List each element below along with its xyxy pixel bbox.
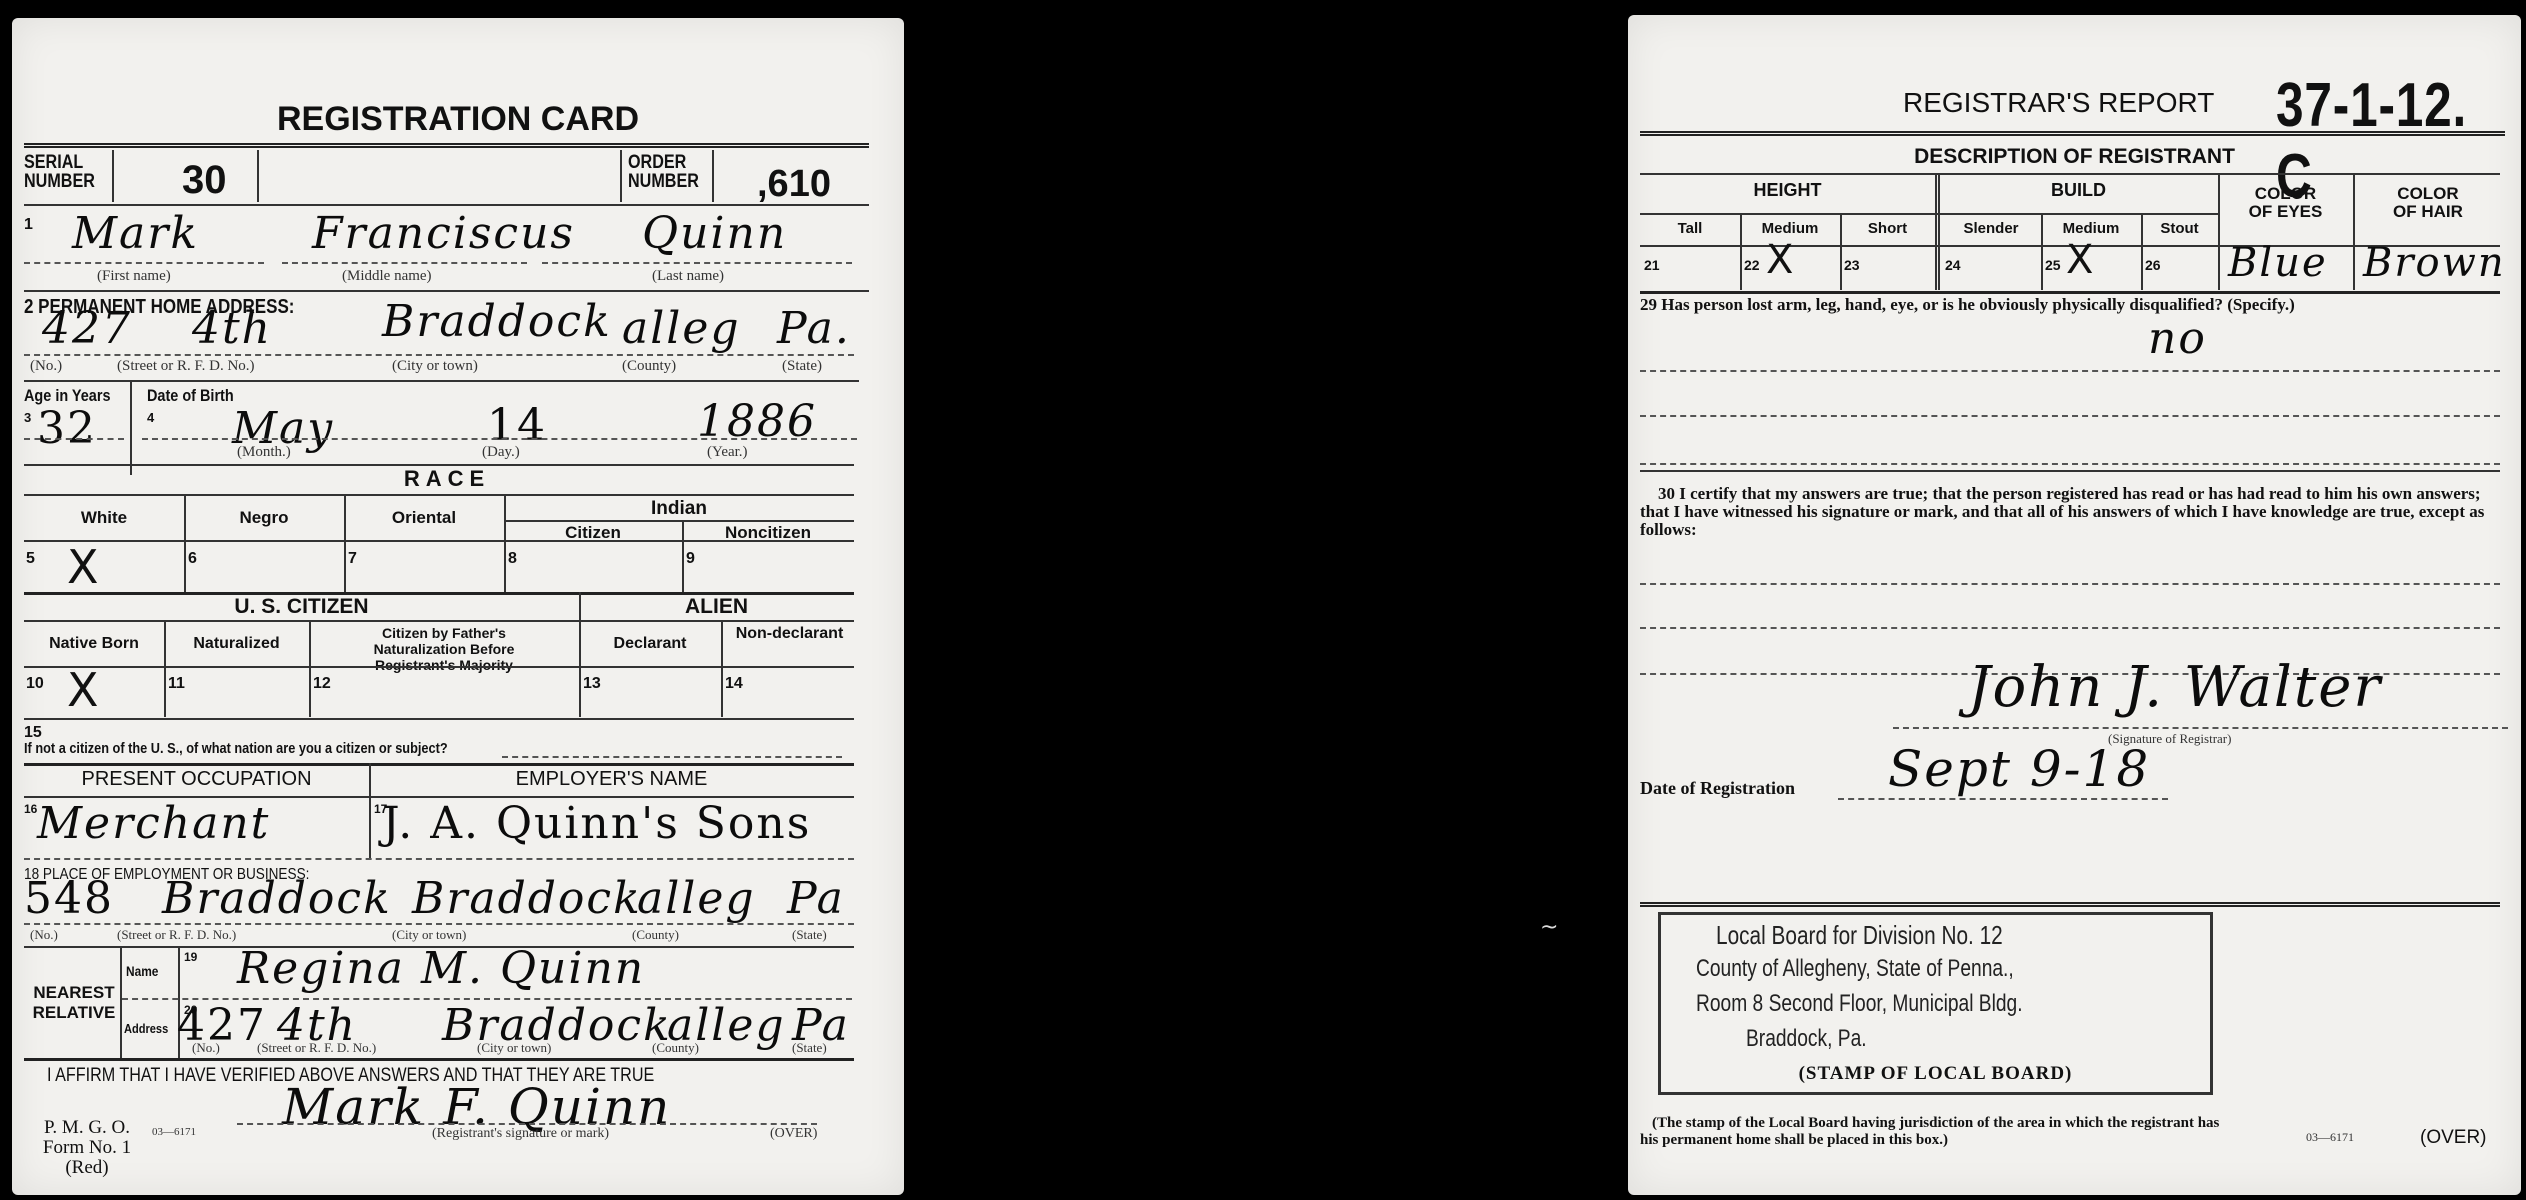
divider — [24, 718, 854, 720]
nearest-relative-label: NEAREST RELATIVE — [24, 983, 124, 1023]
dob-label: Date of Birth — [147, 386, 234, 406]
order-number-label: ORDER NUMBER — [628, 153, 705, 191]
height-col-tall: Tall — [1640, 220, 1740, 237]
eye-color-header: COLOR OF EYES — [2218, 185, 2353, 221]
employer-value: J. A. Quinn's Sons — [382, 798, 811, 849]
relative-no-label: (No.) — [192, 1040, 220, 1056]
q30-text: 30 I certify that my answers are true; t… — [1640, 485, 2510, 539]
place-county-label: (County) — [632, 927, 679, 943]
us-citizen-header: U. S. CITIZEN — [24, 595, 579, 619]
stamp-caption: (STAMP OF LOCAL BOARD) — [1661, 1063, 2210, 1085]
item-number: 16 — [24, 802, 37, 816]
item-number: 23 — [1844, 257, 1860, 273]
stamp-line: Braddock, Pa. — [1746, 1025, 1867, 1053]
underline — [237, 1123, 817, 1125]
height-col-medium: Medium — [1740, 220, 1840, 237]
address-state-label: (State) — [782, 358, 822, 375]
divider — [506, 520, 854, 522]
divider — [721, 620, 723, 717]
item-number: 10 — [26, 675, 44, 693]
item-number: 3 — [24, 410, 31, 425]
race-white-checkmark: X — [67, 540, 99, 594]
address-state: Pa. — [777, 303, 851, 354]
address-county-label: (County) — [622, 358, 676, 375]
divider — [24, 143, 869, 148]
date-of-registration-value: Sept 9-18 — [1888, 740, 2150, 798]
hair-color-value: Brown — [2363, 240, 2506, 286]
address-county: alleg — [622, 303, 741, 354]
underline — [1640, 415, 2500, 417]
form-info: P. M. G. O. Form No. 1 (Red) — [27, 1118, 147, 1178]
occupation-value: Merchant — [37, 798, 270, 849]
item-number: 5 — [26, 550, 35, 568]
race-header: RACE — [12, 466, 882, 492]
dob-year-label: (Year.) — [707, 444, 748, 461]
divider — [24, 763, 854, 766]
place-state-label: (State) — [792, 927, 827, 943]
eye-color-value: Blue — [2228, 240, 2328, 286]
item-number: 14 — [725, 675, 743, 693]
stamp-line: Local Board for Division No. 12 — [1716, 920, 2003, 951]
divider — [24, 290, 869, 292]
divider — [24, 540, 854, 542]
relative-name-label: Name — [126, 963, 158, 979]
divider — [130, 380, 132, 475]
place-state: Pa — [787, 873, 845, 924]
race-col-indian: Indian — [504, 498, 854, 520]
serial-number-label: SERIAL NUMBER — [24, 153, 101, 191]
local-board-stamp-box: Local Board for Division No. 12 County o… — [1658, 912, 2213, 1095]
relative-county-label: (County) — [652, 1040, 699, 1056]
race-col-oriental: Oriental — [344, 508, 504, 528]
address-no-label: (No.) — [30, 358, 62, 375]
alien-col-declarant: Declarant — [579, 635, 721, 653]
underline — [1838, 798, 2168, 800]
relative-name-value: Regina M. Quinn — [237, 943, 645, 994]
scan-artifact: ~ — [1540, 915, 1558, 940]
divider — [24, 1058, 854, 1061]
address-street: 4th — [192, 303, 272, 354]
registrar-signature: John J. Walter — [1968, 655, 2382, 720]
item-number: 1 — [24, 216, 33, 234]
divider — [1640, 470, 2500, 472]
relative-street-label: (Street or R. F. D. No.) — [257, 1040, 376, 1056]
relative-state-label: (State) — [792, 1040, 827, 1056]
serial-number: 30 — [182, 158, 227, 203]
place-no: 548 — [24, 873, 114, 924]
divider — [1640, 902, 2500, 907]
underline — [1640, 627, 2500, 629]
citizen-col-naturalized: Naturalized — [164, 635, 309, 653]
underline — [282, 262, 527, 264]
description-header: DESCRIPTION OF REGISTRANT — [1628, 145, 2521, 169]
employer-header: EMPLOYER'S NAME — [369, 768, 854, 791]
card-title: REGISTRATION CARD — [12, 100, 904, 139]
divider — [620, 150, 622, 202]
height-medium-checkmark: X — [1766, 237, 1793, 283]
underline — [542, 262, 852, 264]
divider — [24, 858, 854, 860]
underline — [24, 923, 854, 925]
place-city-label: (City or town) — [392, 927, 466, 943]
alien-header: ALIEN — [579, 595, 854, 619]
build-col-medium: Medium — [2041, 220, 2141, 237]
build-col-slender: Slender — [1941, 220, 2041, 237]
native-born-checkmark: X — [67, 663, 99, 717]
item-number: 25 — [2045, 257, 2061, 273]
divider — [24, 204, 869, 206]
height-header: HEIGHT — [1640, 180, 1935, 201]
divider — [1935, 173, 1940, 290]
relative-address-no: 427 — [177, 1000, 267, 1051]
address-no: 427 — [42, 303, 132, 354]
item-number: 19 — [184, 950, 197, 964]
divider — [712, 150, 714, 202]
underline — [24, 354, 854, 356]
form-code: 03—6171 — [152, 1126, 196, 1138]
underline — [24, 438, 124, 440]
place-street-label: (Street or R. F. D. No.) — [117, 927, 236, 943]
item-number: 8 — [508, 550, 517, 568]
over-label: (OVER) — [2420, 1127, 2487, 1149]
place-street: Braddock — [162, 873, 392, 924]
underline — [24, 262, 264, 264]
item-number: 6 — [188, 550, 197, 568]
citizen-col-native-born: Native Born — [24, 635, 164, 653]
form-code: 03—6171 — [2306, 1130, 2354, 1145]
divider — [120, 946, 122, 1058]
q29-text: 29 Has person lost arm, leg, hand, eye, … — [1640, 295, 2510, 314]
q29-answer: no — [2148, 313, 2207, 364]
stamp-line: County of Allegheny, State of Penna., — [1696, 955, 2014, 983]
divider — [257, 150, 259, 202]
item-number: 22 — [1744, 257, 1760, 273]
age-value: 32 — [37, 403, 97, 454]
hair-color-header: COLOR OF HAIR — [2353, 185, 2503, 221]
alien-col-nondeclarant: Non-declarant — [732, 625, 847, 643]
registrars-report-card: REGISTRAR'S REPORT 37-1-12. C DESCRIPTIO… — [1628, 15, 2521, 1195]
occupation-header: PRESENT OCCUPATION — [24, 768, 369, 791]
place-no-label: (No.) — [30, 927, 58, 943]
build-header: BUILD — [1941, 180, 2216, 201]
divider — [1640, 291, 2500, 294]
last-name-label: (Last name) — [652, 268, 724, 285]
divider — [24, 620, 854, 622]
divider — [24, 494, 854, 496]
underline — [502, 756, 842, 758]
relative-address-label: Address — [124, 1021, 168, 1036]
underline — [142, 438, 857, 440]
underline — [1640, 370, 2500, 372]
race-col-white: White — [24, 508, 184, 528]
form-name: Form No. 1 (Red) — [27, 1138, 147, 1178]
divider — [1640, 173, 2500, 175]
dob-month-label: (Month.) — [237, 444, 291, 461]
item-number: 24 — [1945, 257, 1961, 273]
middle-name-label: (Middle name) — [342, 268, 432, 285]
address-city: Braddock — [382, 296, 612, 347]
item-number: 26 — [2145, 257, 2161, 273]
last-name-value: Quinn — [642, 208, 787, 259]
underline — [1640, 463, 2500, 465]
stamp-note: (The stamp of the Local Board having jur… — [1640, 1115, 2230, 1149]
divider — [24, 380, 859, 382]
divider — [1640, 213, 2218, 215]
item-number: 7 — [348, 550, 357, 568]
middle-name-value: Franciscus — [312, 208, 575, 259]
signature-label: (Registrant's signature or mark) — [432, 1126, 609, 1142]
dob-day-label: (Day.) — [482, 444, 520, 461]
item-number: 9 — [686, 550, 695, 568]
divider — [1640, 131, 2505, 136]
form-org: P. M. G. O. — [27, 1118, 147, 1138]
nationality-question: If not a citizen of the U. S., of what n… — [24, 740, 448, 757]
first-name-label: (First name) — [97, 268, 171, 285]
report-title: REGISTRAR'S REPORT — [1903, 87, 2214, 119]
date-of-registration-label: Date of Registration — [1640, 778, 1795, 799]
height-col-short: Short — [1840, 220, 1935, 237]
divider — [112, 150, 114, 202]
place-county: alleg — [637, 873, 756, 924]
order-number: ,610 — [757, 163, 831, 206]
registration-card: REGISTRATION CARD SERIAL NUMBER 30 ORDER… — [12, 18, 904, 1195]
build-medium-checkmark: X — [2066, 237, 2093, 283]
item-number: 13 — [583, 675, 601, 693]
item-number: 12 — [313, 675, 331, 693]
place-city: Braddock — [412, 873, 642, 924]
item-number: 4 — [147, 410, 154, 425]
underline — [1640, 583, 2500, 585]
item-number: 21 — [1644, 257, 1660, 273]
stamp-line: Room 8 Second Floor, Municipal Bldg. — [1696, 990, 2023, 1018]
build-col-stout: Stout — [2141, 220, 2218, 237]
address-city-label: (City or town) — [392, 358, 478, 375]
race-col-negro: Negro — [184, 508, 344, 528]
relative-city-label: (City or town) — [477, 1040, 551, 1056]
over-label: (OVER) — [770, 1126, 817, 1142]
underline — [1893, 727, 2508, 729]
first-name-value: Mark — [72, 208, 199, 259]
item-number: 11 — [168, 675, 185, 693]
divider — [24, 666, 854, 668]
address-street-label: (Street or R. F. D. No.) — [117, 358, 255, 375]
